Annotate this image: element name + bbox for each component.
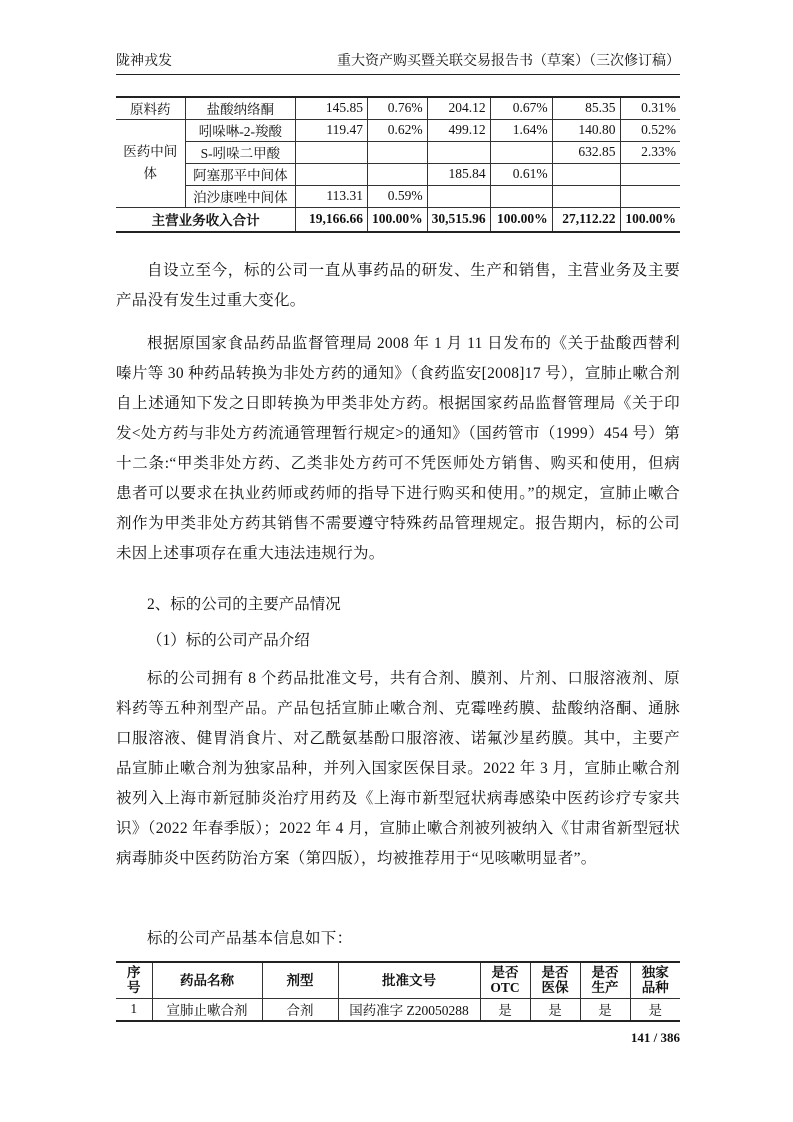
header-row: 序号药品名称剂型批准文号是否OTC是否医保是否生产独家品种 (116, 962, 680, 998)
column-header: 批准文号 (338, 962, 480, 998)
table-cell: 宣肺止嗽合剂 (152, 998, 262, 1021)
section-heading-main-products: 2、标的公司的主要产品情况 (147, 592, 341, 614)
column-header-text: 是否 (485, 965, 526, 980)
table-cell: 是 (630, 998, 680, 1021)
percent-cell: 0.61% (490, 163, 552, 185)
table-row: 泊沙康唑中间体113.310.59% (116, 185, 680, 207)
amount-cell: 185.84 (427, 163, 490, 185)
percent-cell (620, 163, 680, 185)
subsection-heading-product-intro: （1）标的公司产品介绍 (147, 628, 310, 650)
total-percent-cell: 100.00% (620, 207, 680, 232)
column-header-text: 是否 (585, 965, 626, 980)
amount-cell (552, 185, 620, 207)
percent-cell: 0.76% (368, 97, 428, 119)
percent-cell: 0.31% (620, 97, 680, 119)
percent-cell (368, 163, 428, 185)
amount-cell: 204.12 (427, 97, 490, 119)
column-header-text: 药品名称 (157, 973, 258, 988)
paragraph-otc-conversion: 根据原国家食品药品监督管理局 2008 年 1 月 11 日发布的《关于盐酸西替… (116, 329, 680, 569)
amount-cell: 85.35 (552, 97, 620, 119)
page-number: 141 / 386 (631, 1030, 680, 1046)
table-row: 阿塞那平中间体185.840.61% (116, 163, 680, 185)
column-header: 剂型 (262, 962, 338, 998)
total-percent-cell: 100.00% (368, 207, 428, 232)
percent-cell: 0.67% (490, 97, 552, 119)
column-header: 是否医保 (530, 962, 580, 998)
column-header: 药品名称 (152, 962, 262, 998)
column-header: 是否OTC (480, 962, 530, 998)
column-header-text: 生产 (585, 980, 626, 995)
column-header-text: 医保 (535, 980, 576, 995)
amount-cell: 499.12 (427, 119, 490, 141)
paragraph-table-intro: 标的公司产品基本信息如下： (116, 924, 680, 954)
table-cell: 合剂 (262, 998, 338, 1021)
revenue-table: 原料药盐酸纳络酮145.850.76%204.120.67%85.350.31%… (116, 96, 680, 233)
product-name-cell: 泊沙康唑中间体 (185, 185, 296, 207)
total-amount-cell: 30,515.96 (427, 207, 490, 232)
table-cell: 是 (530, 998, 580, 1021)
percent-cell: 0.59% (368, 185, 428, 207)
amount-cell: 140.80 (552, 119, 620, 141)
category-cell: 原料药 (116, 97, 185, 119)
paragraph-product-intro: 标的公司拥有 8 个药品批准文号，共有合剂、膜剂、片剂、口服溶液剂、原料药等五种… (116, 664, 680, 874)
table-row: 1宣肺止嗽合剂合剂国药准字 Z20050288是是是是 (116, 998, 680, 1021)
product-name-cell: 吲哚啉-2-羧酸 (185, 119, 296, 141)
table-row: 原料药盐酸纳络酮145.850.76%204.120.67%85.350.31% (116, 97, 680, 119)
amount-cell (552, 163, 620, 185)
column-header-text: 独家 (635, 965, 677, 980)
column-header-text: OTC (485, 980, 526, 995)
total-amount-cell: 27,112.22 (552, 207, 620, 232)
amount-cell (427, 185, 490, 207)
amount-cell (427, 141, 490, 163)
amount-cell: 119.47 (296, 119, 368, 141)
column-header: 独家品种 (630, 962, 680, 998)
amount-cell: 145.85 (296, 97, 368, 119)
product-name-cell: 盐酸纳络酮 (185, 97, 296, 119)
column-header-text: 批准文号 (343, 973, 476, 988)
product-name-cell: 阿塞那平中间体 (185, 163, 296, 185)
page-header: 陇神戎发 重大资产购买暨关联交易报告书（草案）（三次修订稿） (116, 50, 680, 75)
total-row: 主营业务收入合计19,166.66100.00%30,515.96100.00%… (116, 207, 680, 232)
column-header: 序号 (116, 962, 152, 998)
product-info-table: 序号药品名称剂型批准文号是否OTC是否医保是否生产独家品种 1宣肺止嗽合剂合剂国… (116, 961, 680, 1022)
percent-cell (490, 141, 552, 163)
percent-cell: 2.33% (620, 141, 680, 163)
product-name-cell: S-吲哚二甲酸 (185, 141, 296, 163)
table-cell: 1 (116, 998, 152, 1021)
total-amount-cell: 19,166.66 (296, 207, 368, 232)
amount-cell (296, 141, 368, 163)
percent-cell (620, 185, 680, 207)
total-percent-cell: 100.00% (490, 207, 552, 232)
category-cell: 医药中间体 (116, 119, 185, 207)
column-header: 是否生产 (580, 962, 630, 998)
amount-cell (296, 163, 368, 185)
column-header-text: 号 (120, 980, 148, 995)
table-row: S-吲哚二甲酸632.852.33% (116, 141, 680, 163)
document-title: 重大资产购买暨关联交易报告书（草案）（三次修订稿） (337, 50, 680, 70)
percent-cell (368, 141, 428, 163)
table-cell: 是 (480, 998, 530, 1021)
amount-cell: 632.85 (552, 141, 620, 163)
paragraph-business-stable: 自设立至今，标的公司一直从事药品的研发、生产和销售，主营业务及主要产品没有发生过… (116, 256, 680, 316)
company-name: 陇神戎发 (116, 50, 172, 70)
percent-cell: 0.52% (620, 119, 680, 141)
table-row: 医药中间体吲哚啉-2-羧酸119.470.62%499.121.64%140.8… (116, 119, 680, 141)
amount-cell: 113.31 (296, 185, 368, 207)
table-cell: 是 (580, 998, 630, 1021)
column-header-text: 序 (120, 965, 148, 980)
table-cell: 国药准字 Z20050288 (338, 998, 480, 1021)
percent-cell: 0.62% (368, 119, 428, 141)
total-label: 主营业务收入合计 (116, 207, 296, 232)
percent-cell: 1.64% (490, 119, 552, 141)
column-header-text: 品种 (635, 980, 677, 995)
percent-cell (490, 185, 552, 207)
column-header-text: 是否 (535, 965, 576, 980)
column-header-text: 剂型 (267, 973, 334, 988)
